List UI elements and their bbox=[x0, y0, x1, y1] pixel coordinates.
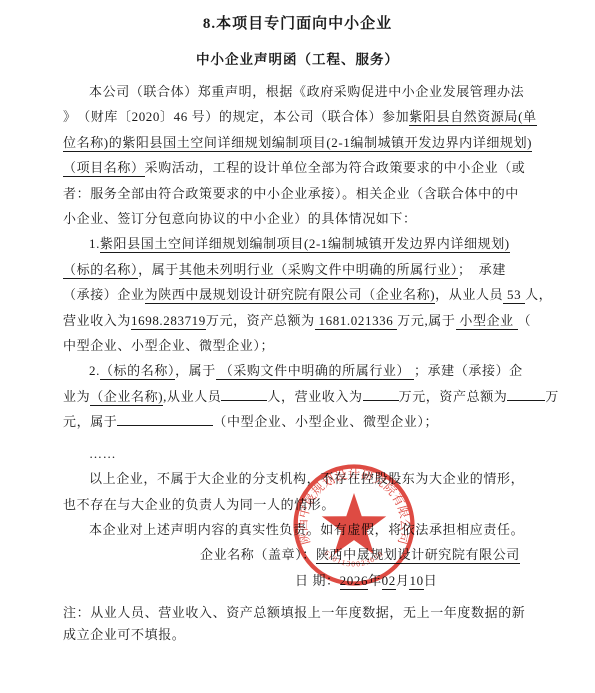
text-run: （中型企业、小型企业、微型企业）； bbox=[213, 414, 438, 429]
filled-field: 位名称)的紫阳县国土空间详细规划编制项目(2-1编制城镇开发边界内详细规划) bbox=[63, 135, 532, 152]
blank-field bbox=[117, 410, 213, 426]
text-run: 万元，资产总额为 bbox=[206, 313, 315, 328]
text-run: 万元,属于 bbox=[397, 313, 455, 328]
document-line: 1.紫阳县国土空间详细规划编制项目(2-1编制城镇开发边界内详细规划) bbox=[63, 231, 532, 256]
blank-field bbox=[221, 385, 267, 401]
text-run: 业为 bbox=[63, 389, 90, 404]
document-line: 位名称)的紫阳县国土空间详细规划编制项目(2-1编制城镇开发边界内详细规划) bbox=[63, 130, 532, 155]
document-line: 注：从业人员、营业收入、资产总额填报上一年度数据，无上一年度数据的新 bbox=[63, 602, 532, 624]
filled-field: 紫阳县自然资源局(单 bbox=[409, 109, 536, 126]
text-run: 万 bbox=[545, 389, 559, 404]
blank-field bbox=[507, 385, 545, 401]
document-line: 日 期：2026年02月10日 bbox=[63, 568, 532, 593]
text-run: 万元，资产总额为 bbox=[399, 389, 508, 404]
text-run: 本企业对上述声明内容的真实性负责。如有虚假，将依法承担相应责任。 bbox=[89, 522, 524, 537]
text-run: 者：服务全部由符合政策要求的中小企业承接）。相关企业（含联合体中的中 bbox=[63, 186, 519, 201]
text-run: 小企业、签订分包意向协议的中小企业）的具体情况如下： bbox=[63, 211, 417, 226]
document-line: 企业名称（盖章）：陕西中晟规划设计研究院有限公司 bbox=[63, 542, 532, 567]
document-line: （标的名称），属于其他未列明行业（采购文件中明确的所属行业）； 承建 bbox=[63, 257, 532, 282]
document-line: 2.（标的名称），属于 （采购文件中明确的所属行业） ；承建（承接）企 bbox=[63, 358, 532, 383]
filled-field: 53 bbox=[503, 287, 525, 304]
text-run: 》 （财库〔2020〕46 号）的规定，本公司（联合体）参加 bbox=[63, 109, 409, 124]
text-run: 人，营业收入为 bbox=[267, 389, 362, 404]
text-run: 日 bbox=[424, 573, 438, 588]
document-line: 》 （财库〔2020〕46 号）的规定，本公司（联合体）参加紫阳县自然资源局(单 bbox=[63, 104, 532, 129]
document-line: 成立企业可不填报。 bbox=[63, 624, 532, 646]
declaration-page: 8.本项目专门面向中小企业 中小企业声明函（工程、服务） 本公司（联合体）郑重声… bbox=[0, 0, 595, 693]
text-run: 以上企业，不属于大企业的分支机构，不存在控股股东为大企业的情形， bbox=[89, 471, 524, 486]
text-run: 注：从业人员、营业收入、资产总额填报上一年度数据，无上一年度数据的新 bbox=[63, 605, 525, 620]
document-line: 业为（企业名称),从业人员人，营业收入为万元，资产总额为万 bbox=[63, 384, 532, 409]
text-run: 月 bbox=[396, 573, 410, 588]
text-run: 日 期： bbox=[295, 573, 340, 588]
filled-field: 2026 bbox=[340, 573, 368, 590]
filled-field: 为陕西中晟规划设计研究院有限公司（企业名称) bbox=[145, 287, 436, 304]
text-run: 2. bbox=[89, 363, 100, 378]
footnote: 注：从业人员、营业收入、资产总额填报上一年度数据，无上一年度数据的新成立企业可不… bbox=[63, 602, 532, 646]
document-line: 小企业、签订分包意向协议的中小企业）的具体情况如下： bbox=[63, 206, 532, 231]
text-run: 1. bbox=[89, 236, 100, 251]
filled-field: （企业名称) bbox=[90, 389, 163, 406]
text-run: ,从业人员 bbox=[163, 389, 221, 404]
blank-field bbox=[363, 385, 399, 401]
text-run: ，属于 bbox=[138, 262, 179, 277]
text-run: 人， bbox=[525, 287, 552, 302]
filled-field: 其他未列明行业（采购文件中明确的所属行业） bbox=[179, 262, 458, 279]
document-line: （项目名称）采购活动，工程的设计单位全部为符合政策要求的中小企业（或 bbox=[63, 155, 532, 180]
filled-field: （项目名称） bbox=[63, 160, 145, 177]
filled-field: （采购文件中明确的所属行业） bbox=[216, 363, 414, 380]
filled-field: （标的名称） bbox=[63, 262, 138, 279]
filled-field: 小型企业 bbox=[456, 313, 518, 330]
document-subtitle: 中小企业声明函（工程、服务） bbox=[63, 48, 532, 68]
text-run: 企业名称（盖章）： bbox=[200, 547, 316, 562]
document-body: 本公司（联合体）郑重声明，根据《政府采购促进中小企业发展管理办法》 （财库〔20… bbox=[63, 79, 532, 593]
filled-field: （标的名称） bbox=[100, 363, 175, 380]
text-run: （ bbox=[518, 313, 532, 328]
text-run: 也不存在与大企业的负责人为同一人的情形。 bbox=[63, 497, 335, 512]
text-run: 元，属于 bbox=[63, 414, 117, 429]
document-line: 营业收入为1698.283719万元，资产总额为 1681.021336 万元,… bbox=[63, 308, 532, 333]
document-line: 也不存在与大企业的负责人为同一人的情形。 bbox=[63, 492, 532, 517]
document-line: …… bbox=[63, 441, 532, 466]
document-line: 元，属于（中型企业、小型企业、微型企业）； bbox=[63, 409, 532, 434]
filled-field: 10 bbox=[409, 573, 423, 590]
document-line: 本企业对上述声明内容的真实性负责。如有虚假，将依法承担相应责任。 bbox=[63, 517, 532, 542]
text-run: （承接）企业 bbox=[63, 287, 145, 302]
page-title: 8.本项目专门面向中小企业 bbox=[63, 12, 532, 33]
text-run: ，从业人员 bbox=[435, 287, 503, 302]
filled-field: 1698.283719 bbox=[131, 313, 206, 330]
text-run: 营业收入为 bbox=[63, 313, 131, 328]
text-run: 中型企业、小型企业、微型企业）； bbox=[63, 338, 274, 353]
text-run: …… bbox=[89, 446, 116, 461]
document-line: 以上企业，不属于大企业的分支机构，不存在控股股东为大企业的情形， bbox=[63, 466, 532, 491]
text-run: ；承建（承接）企 bbox=[414, 363, 523, 378]
text-run: ，属于 bbox=[175, 363, 216, 378]
text-run: 成立企业可不填报。 bbox=[63, 627, 185, 642]
filled-field: 02 bbox=[382, 573, 396, 590]
text-run: 年 bbox=[368, 573, 382, 588]
document-line: 者：服务全部由符合政策要求的中小企业承接）。相关企业（含联合体中的中 bbox=[63, 181, 532, 206]
text-run: 采购活动，工程的设计单位全部为符合政策要求的中小企业（或 bbox=[145, 160, 526, 175]
text-run: 本公司（联合体）郑重声明，根据《政府采购促进中小企业发展管理办法 bbox=[89, 84, 524, 99]
filled-field: 1681.021336 bbox=[315, 313, 398, 330]
document-line: （承接）企业为陕西中晟规划设计研究院有限公司（企业名称)，从业人员 53 人， bbox=[63, 282, 532, 307]
document-line: 本公司（联合体）郑重声明，根据《政府采购促进中小企业发展管理办法 bbox=[63, 79, 532, 104]
document-line: 中型企业、小型企业、微型企业）； bbox=[63, 333, 532, 358]
filled-field: 陕西中晟规划设计研究院有限公司 bbox=[316, 547, 520, 564]
text-run: ； 承建 bbox=[458, 262, 506, 277]
filled-field: 紫阳县国土空间详细规划编制项目(2-1编制城镇开发边界内详细规划) bbox=[100, 236, 510, 253]
